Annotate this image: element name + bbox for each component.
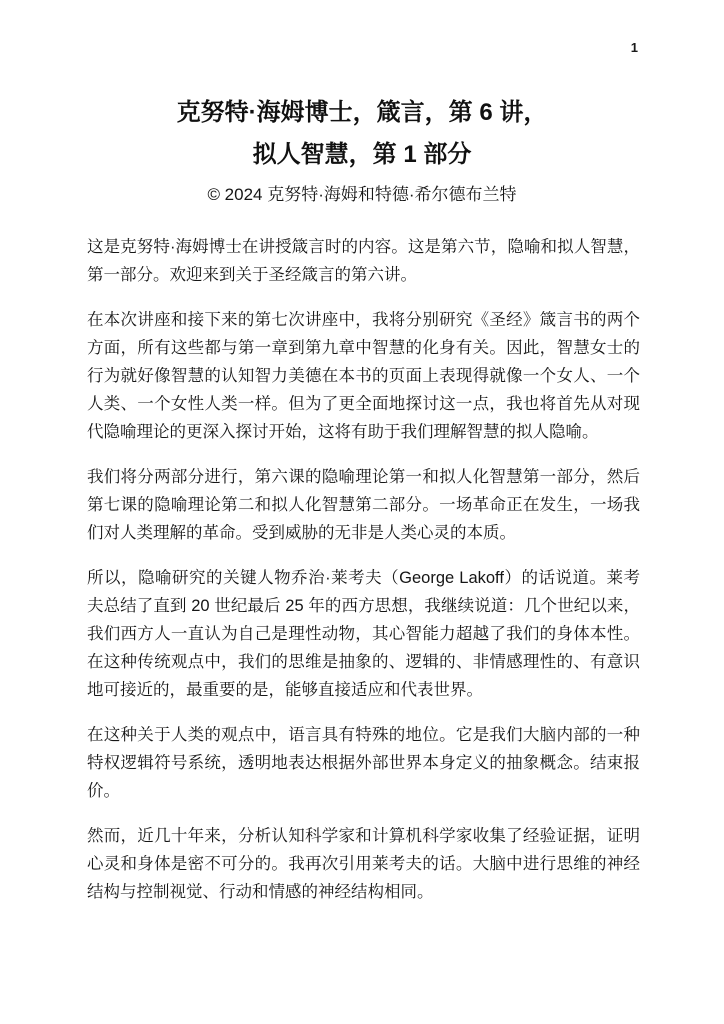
paragraph-1: 这是克努特·海姆博士在讲授箴言时的内容。这是第六节，隐喻和拟人智慧，第一部分。欢… xyxy=(87,233,640,289)
paragraph-6: 然而，近几十年来，分析认知科学家和计算机科学家收集了经验证据，证明心灵和身体是密… xyxy=(87,822,640,906)
document-page: 1 克努特·海姆博士，箴言，第 6 讲， 拟人智慧，第 1 部分 © 2024 … xyxy=(0,0,724,1024)
paragraph-3: 我们将分两部分进行，第六课的隐喻理论第一和拟人化智慧第一部分，然后第七课的隐喻理… xyxy=(87,463,640,547)
paragraph-4: 所以，隐喻研究的关键人物乔治·莱考夫（George Lakoff）的话说道。莱考… xyxy=(87,564,640,704)
copyright-notice: © 2024 克努特·海姆和特德·希尔德布兰特 xyxy=(0,184,724,206)
document-title: 克努特·海姆博士，箴言，第 6 讲， 拟人智慧，第 1 部分 xyxy=(0,0,724,176)
title-line-1: 克努特·海姆博士，箴言，第 6 讲， xyxy=(177,99,548,126)
document-body: 这是克努特·海姆博士在讲授箴言时的内容。这是第六节，隐喻和拟人智慧，第一部分。欢… xyxy=(87,233,640,906)
paragraph-2: 在本次讲座和接下来的第七次讲座中，我将分别研究《圣经》箴言书的两个方面，所有这些… xyxy=(87,306,640,446)
page-number: 1 xyxy=(631,40,638,55)
paragraph-5: 在这种关于人类的观点中，语言具有特殊的地位。它是我们大脑内部的一种特权逻辑符号系… xyxy=(87,721,640,805)
title-line-2: 拟人智慧，第 1 部分 xyxy=(253,141,472,168)
